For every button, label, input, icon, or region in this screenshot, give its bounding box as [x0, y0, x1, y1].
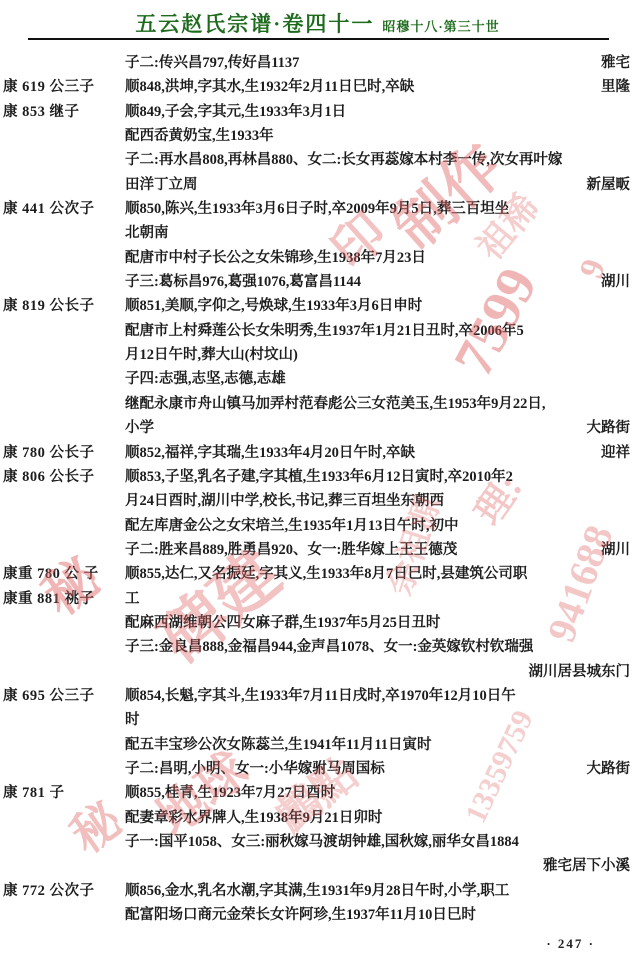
genealogy-subtitle: 昭穆十八·第三十世: [382, 19, 499, 34]
residence-label: 大路街: [587, 757, 631, 781]
genealogy-line: 配富阳场口商元金荣长女许阿珍,生1937年11月10日巳时: [0, 903, 635, 927]
genealogy-line: 月24日酉时,湖川中学,校长,书记,葬三百坦坐东朝西: [0, 489, 635, 513]
entry-text: 顺855,达仁,又名振廷,字其义,生1933年8月7日巳时,县建筑公司职: [125, 562, 527, 586]
entry-text: 顺852,福祥,字其瑞,生1933年4月20日午时,卒缺: [125, 441, 415, 465]
residence-label: 雅宅: [601, 51, 630, 75]
entry-text: 北朝南: [125, 221, 169, 245]
genealogy-line: 康 780 公长子顺852,福祥,字其瑞,生1933年4月20日午时,卒缺迎祥: [0, 441, 635, 465]
genealogy-line: 北朝南: [0, 221, 635, 245]
kinship-label: 康 695 公三子: [3, 684, 95, 708]
kinship-label: 康 441 公次子: [3, 197, 95, 221]
residence-label: 湖川居县城东门: [529, 660, 631, 684]
header-divider: [28, 38, 609, 40]
genealogy-line: 康 619 公三子顺848,洪坤,字其水,生1932年2月11日巳时,卒缺里隆: [0, 75, 635, 99]
entry-text: 配唐市上村舜莲公长女朱明秀,生1937年1月21日丑时,卒2006年5: [125, 319, 524, 343]
entry-text: 顺850,陈兴,生1933年3月6日子时,卒2009年9月5日,葬三百坦坐: [125, 197, 509, 221]
kinship-label: 康 780 公长子: [3, 441, 95, 465]
entry-text: 顺853,子坚,乳名子建,字其植,生1933年6月12日寅时,卒2010年2: [125, 465, 513, 489]
genealogy-line: 康 853 继子顺849,子会,字其元,生1933年3月1日: [0, 100, 635, 124]
genealogy-line: 雅宅居下小溪: [0, 854, 635, 878]
residence-label: 湖川: [601, 270, 630, 294]
genealogy-line: 康 441 公次子顺850,陈兴,生1933年3月6日子时,卒2009年9月5日…: [0, 197, 635, 221]
entry-text: 配富阳场口商元金荣长女许阿珍,生1937年11月10日巳时: [125, 903, 476, 927]
entry-text: 配麻西湖维朝公四女麻子群,生1937年5月25日丑时: [125, 611, 440, 635]
kinship-label: 康 853 继子: [3, 100, 80, 124]
genealogy-line: 配妻章彩水界牌人,生1938年9月21日卯时: [0, 806, 635, 830]
entry-text: 子二:传兴昌797,传好昌1137: [125, 51, 299, 75]
genealogy-line: 子二:昌明,小明、女一:小华嫁驸马周国标大路街: [0, 757, 635, 781]
kinship-label: 康 781 子: [3, 781, 65, 805]
kinship-label: 康 806 公长子: [3, 465, 95, 489]
genealogy-line: 康 819 公长子顺851,美顺,字仰之,号焕球,生1933年3月6日申时: [0, 294, 635, 318]
entry-text: 子二:昌明,小明、女一:小华嫁驸马周国标: [125, 757, 385, 781]
kinship-label: 康重 881 祧子: [3, 587, 95, 611]
genealogy-line: 小学大路街: [0, 416, 635, 440]
residence-label: 新屋畈: [587, 173, 631, 197]
genealogy-line: 子三:葛标昌976,葛强1076,葛富昌1144湖川: [0, 270, 635, 294]
entry-text: 配妻章彩水界牌人,生1938年9月21日卯时: [125, 806, 382, 830]
kinship-label: 康重 780 公 子: [3, 562, 99, 586]
residence-label: 迎祥: [601, 441, 630, 465]
genealogy-line: 子二:传兴昌797,传好昌1137雅宅: [0, 51, 635, 75]
genealogy-line: 康 695 公三子顺854,长魁,字其斗,生1933年7月11日戌时,卒1970…: [0, 684, 635, 708]
residence-label: 大路街: [587, 416, 631, 440]
entry-text: 配唐市中村子长公之女朱锦珍,生1938年7月23日: [125, 246, 426, 270]
genealogy-entries: 子二:传兴昌797,传好昌1137雅宅康 619 公三子顺848,洪坤,字其水,…: [0, 51, 635, 927]
entry-text: 配五丰宝珍公次女陈蕊兰,生1941年11月11日寅时: [125, 733, 432, 757]
genealogy-line: 康 781 子顺855,桂青,生1923年7月27日酉时: [0, 781, 635, 805]
genealogy-line: 子四:志强,志坚,志德,志雄: [0, 367, 635, 391]
entry-text: 时: [125, 708, 140, 732]
entry-text: 顺856,金水,乳名水潮,字其满,生1931年9月28日午时,小学,职工: [125, 879, 509, 903]
entry-text: 顺854,长魁,字其斗,生1933年7月11日戌时,卒1970年12月10日午: [125, 684, 516, 708]
genealogy-line: 子二:胜来昌889,胜勇昌920、女一:胜华嫁上王王德茂湖川: [0, 538, 635, 562]
entry-text: 小学: [125, 416, 154, 440]
entry-text: 继配永康市舟山镇马加弄村范春彪公三女范美玉,生1953年9月22日,: [125, 392, 546, 416]
entry-text: 月24日酉时,湖川中学,校长,书记,葬三百坦坐东朝西: [125, 489, 444, 513]
entry-text: 子三:葛标昌976,葛强1076,葛富昌1144: [125, 270, 361, 294]
genealogy-line: 康 806 公长子顺853,子坚,乳名子建,字其植,生1933年6月12日寅时,…: [0, 465, 635, 489]
genealogy-line: 配唐市中村子长公之女朱锦珍,生1938年7月23日: [0, 246, 635, 270]
page-header: 五云赵氏宗谱·卷四十一昭穆十八·第三十世: [0, 8, 635, 38]
entry-text: 配西岙黄奶宝,生1933年: [125, 124, 274, 148]
entry-text: 顺849,子会,字其元,生1933年3月1日: [125, 100, 346, 124]
genealogy-line: 配西岙黄奶宝,生1933年: [0, 124, 635, 148]
kinship-label: 康 819 公长子: [3, 294, 95, 318]
entry-text: 顺848,洪坤,字其水,生1932年2月11日巳时,卒缺: [125, 75, 414, 99]
genealogy-line: 湖川居县城东门: [0, 660, 635, 684]
genealogy-line: 田洋丁立周新屋畈: [0, 173, 635, 197]
entry-text: 顺851,美顺,字仰之,号焕球,生1933年3月6日申时: [125, 294, 422, 318]
entry-text: 田洋丁立周: [125, 173, 198, 197]
entry-text: 子四:志强,志坚,志德,志雄: [125, 367, 286, 391]
residence-label: 雅宅居下小溪: [543, 854, 630, 878]
genealogy-title: 五云赵氏宗谱·卷四十一: [135, 12, 374, 36]
genealogy-line: 子二:再水昌808,再林昌880、女二:长女再蕊嫁本村李一传,次女再叶嫁: [0, 148, 635, 172]
genealogy-line: 子一:国平1058、女三:丽秋嫁马渡胡钟雄,国秋嫁,丽华女昌1884: [0, 830, 635, 854]
entry-text: 子二:再水昌808,再林昌880、女二:长女再蕊嫁本村李一传,次女再叶嫁: [125, 148, 562, 172]
genealogy-line: 继配永康市舟山镇马加弄村范春彪公三女范美玉,生1953年9月22日,: [0, 392, 635, 416]
genealogy-line: 康重 881 祧子工: [0, 587, 635, 611]
entry-text: 顺855,桂青,生1923年7月27日酉时: [125, 781, 335, 805]
entry-text: 月12日午时,葬大山(村坟山): [125, 343, 298, 367]
entry-text: 子一:国平1058、女三:丽秋嫁马渡胡钟雄,国秋嫁,丽华女昌1884: [125, 830, 519, 854]
genealogy-line: 配麻西湖维朝公四女麻子群,生1937年5月25日丑时: [0, 611, 635, 635]
entry-text: 子三:金良昌888,金福昌944,金声昌1078、女一:金英嫁钦村钦瑞强: [125, 635, 533, 659]
entry-text: 工: [125, 587, 140, 611]
genealogy-line: 时: [0, 708, 635, 732]
residence-label: 里隆: [601, 75, 630, 99]
genealogy-line: 康 772 公次子顺856,金水,乳名水潮,字其满,生1931年9月28日午时,…: [0, 879, 635, 903]
kinship-label: 康 772 公次子: [3, 879, 95, 903]
residence-label: 湖川: [601, 538, 630, 562]
genealogy-line: 配唐市上村舜莲公长女朱明秀,生1937年1月21日丑时,卒2006年5: [0, 319, 635, 343]
entry-text: 子二:胜来昌889,胜勇昌920、女一:胜华嫁上王王德茂: [125, 538, 457, 562]
genealogy-line: 子三:金良昌888,金福昌944,金声昌1078、女一:金英嫁钦村钦瑞强: [0, 635, 635, 659]
kinship-label: 康 619 公三子: [3, 75, 95, 99]
entry-text: 配左库唐金公之女宋培兰,生1935年1月13日午时,初中: [125, 514, 459, 538]
page-number: · 247 ·: [546, 936, 595, 952]
genealogy-line: 康重 780 公 子顺855,达仁,又名振廷,字其义,生1933年8月7日巳时,…: [0, 562, 635, 586]
genealogy-line: 配左库唐金公之女宋培兰,生1935年1月13日午时,初中: [0, 514, 635, 538]
genealogy-line: 月12日午时,葬大山(村坟山): [0, 343, 635, 367]
genealogy-line: 配五丰宝珍公次女陈蕊兰,生1941年11月11日寅时: [0, 733, 635, 757]
